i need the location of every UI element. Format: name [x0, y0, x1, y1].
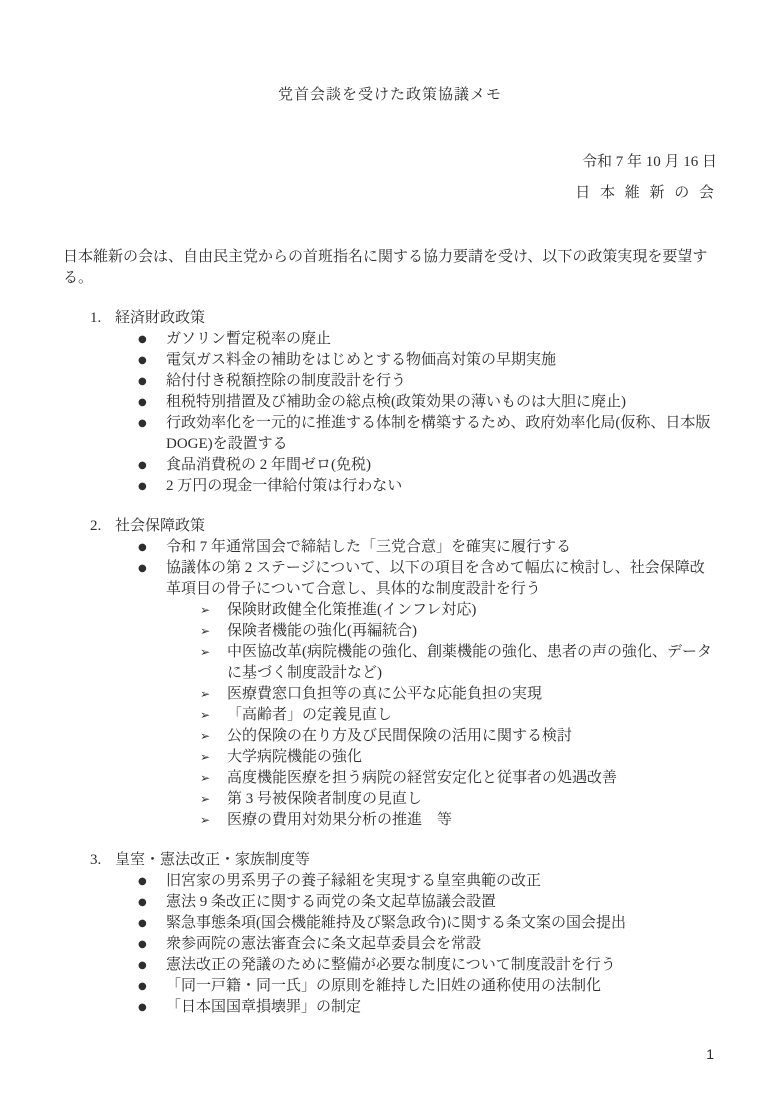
intro-paragraph: 日本維新の会は、自由民主党からの首班指名に関する協力要請を受け、以下の政策実現を…	[63, 247, 717, 289]
arrow-bullet-icon: ➢	[200, 642, 227, 684]
item-text: 2 万円の現金一律給付策は行わない	[166, 476, 717, 497]
item-text: 租税特別措置及び補助金の総点検(政策効果の薄いものは大胆に廃止)	[166, 392, 717, 413]
item-text: 憲法改正の発議のために整備が必要な制度について制度設計を行う	[166, 955, 717, 976]
bullet-icon: ●	[138, 455, 166, 476]
item-text: 行政効率化を一元的に推進する体制を構築するため、政府効率化局(仮称、日本版 DO…	[166, 413, 717, 455]
section-heading: 3. 皇室・憲法改正・家族制度等	[90, 850, 717, 871]
bullet-icon: ●	[138, 350, 166, 371]
document-content: 党首会談を受けた政策協議メモ 令和 7 年 10 月 16 日 日 本 維 新 …	[0, 0, 780, 1018]
list-item: ● 憲法改正の発議のために整備が必要な制度について制度設計を行う	[138, 955, 717, 976]
item-text: 保険者機能の強化(再編統合)	[227, 621, 717, 642]
list-item: ● 「日本国国章損壊罪」の制定	[138, 997, 717, 1018]
sub-list-item: ➢ 高度機能医療を担う病院の経営安定化と従事者の処遇改善	[200, 768, 717, 789]
sub-list-item: ➢ 中医協改革(病院機能の強化、創薬機能の強化、患者の声の強化、データに基づく制…	[200, 642, 717, 684]
item-text: 協議体の第 2 ステージについて、以下の項目を含めて幅広に検討し、社会保障改革項…	[166, 558, 717, 600]
list-item: ● 衆参両院の憲法審査会に条文起草委員会を常設	[138, 934, 717, 955]
item-text: 医療費窓口負担等の真に公平な応能負担の実現	[227, 684, 717, 705]
item-text: 給付付き税額控除の制度設計を行う	[166, 371, 717, 392]
bullet-icon: ●	[138, 371, 166, 392]
list-item: ● 協議体の第 2 ステージについて、以下の項目を含めて幅広に検討し、社会保障改…	[138, 558, 717, 600]
section-title: 経済財政政策	[115, 308, 205, 329]
item-text: ガソリン暫定税率の廃止	[166, 329, 717, 350]
item-text: 「同一戸籍・同一氏」の原則を維持した旧姓の通称使用の法制化	[166, 976, 717, 997]
bullet-icon: ●	[138, 892, 166, 913]
bullet-icon: ●	[138, 913, 166, 934]
document-author: 日 本 維 新 の 会	[63, 182, 717, 204]
section-social-security-policy: 2. 社会保障政策 ● 令和 7 年通常国会で締結した「三党合意」を確実に履行す…	[63, 516, 717, 831]
item-text: 「日本国国章損壊罪」の制定	[166, 997, 717, 1018]
bullet-icon: ●	[138, 558, 166, 600]
item-text: 旧宮家の男系男子の養子縁組を実現する皇室典範の改正	[166, 871, 717, 892]
arrow-bullet-icon: ➢	[200, 621, 227, 642]
item-text: 緊急事態条項(国会機能維持及び緊急政令)に関する条文案の国会提出	[166, 913, 717, 934]
sub-list-item: ➢ 保険財政健全化策推進(インフレ対応)	[200, 600, 717, 621]
sub-list-item: ➢ 医療費窓口負担等の真に公平な応能負担の実現	[200, 684, 717, 705]
section-number: 1.	[90, 308, 115, 329]
list-item: ● 行政効率化を一元的に推進する体制を構築するため、政府効率化局(仮称、日本版 …	[138, 413, 717, 455]
item-text: 大学病院機能の強化	[227, 747, 717, 768]
item-text: 令和 7 年通常国会で締結した「三党合意」を確実に履行する	[166, 537, 717, 558]
page-number: 1	[706, 1044, 714, 1065]
list-item: ● 給付付き税額控除の制度設計を行う	[138, 371, 717, 392]
sub-list-item: ➢ 保険者機能の強化(再編統合)	[200, 621, 717, 642]
section-title: 社会保障政策	[115, 516, 205, 537]
page-title: 党首会談を受けた政策協議メモ	[63, 84, 717, 106]
bullet-icon: ●	[138, 934, 166, 955]
list-item: ● 食品消費税の 2 年間ゼロ(免税)	[138, 455, 717, 476]
list-item: ● 旧宮家の男系男子の養子縁組を実現する皇室典範の改正	[138, 871, 717, 892]
document-date: 令和 7 年 10 月 16 日	[63, 151, 717, 173]
sub-list-item: ➢ 医療の費用対効果分析の推進 等	[200, 810, 717, 831]
arrow-bullet-icon: ➢	[200, 684, 227, 705]
list-item: ● 令和 7 年通常国会で締結した「三党合意」を確実に履行する	[138, 537, 717, 558]
list-item: ● ガソリン暫定税率の廃止	[138, 329, 717, 350]
arrow-bullet-icon: ➢	[200, 747, 227, 768]
list-item: ● 2 万円の現金一律給付策は行わない	[138, 476, 717, 497]
item-text: 中医協改革(病院機能の強化、創薬機能の強化、患者の声の強化、データに基づく制度設…	[227, 642, 717, 684]
sub-list-item: ➢ 公的保険の在り方及び民間保険の活用に関する検討	[200, 726, 717, 747]
list-item: ● 電気ガス料金の補助をはじめとする物価高対策の早期実施	[138, 350, 717, 371]
item-text: 高度機能医療を担う病院の経営安定化と従事者の処遇改善	[227, 768, 717, 789]
list-item: ● 「同一戸籍・同一氏」の原則を維持した旧姓の通称使用の法制化	[138, 976, 717, 997]
sub-list-item: ➢ 「高齢者」の定義見直し	[200, 705, 717, 726]
section-imperial-constitution-family: 3. 皇室・憲法改正・家族制度等 ● 旧宮家の男系男子の養子縁組を実現する皇室典…	[63, 850, 717, 1018]
arrow-bullet-icon: ➢	[200, 705, 227, 726]
bullet-icon: ●	[138, 476, 166, 497]
bullet-icon: ●	[138, 537, 166, 558]
document-page: 党首会談を受けた政策協議メモ 令和 7 年 10 月 16 日 日 本 維 新 …	[0, 0, 780, 1114]
item-text: 憲法 9 条改正に関する両党の条文起草協議会設置	[166, 892, 717, 913]
section-number: 2.	[90, 516, 115, 537]
item-text: 電気ガス料金の補助をはじめとする物価高対策の早期実施	[166, 350, 717, 371]
item-text: 第 3 号被保険者制度の見直し	[227, 789, 717, 810]
arrow-bullet-icon: ➢	[200, 768, 227, 789]
sub-list-item: ➢ 大学病院機能の強化	[200, 747, 717, 768]
bullet-icon: ●	[138, 997, 166, 1018]
bullet-icon: ●	[138, 955, 166, 976]
item-text: 医療の費用対効果分析の推進 等	[227, 810, 717, 831]
item-text: 保険財政健全化策推進(インフレ対応)	[227, 600, 717, 621]
arrow-bullet-icon: ➢	[200, 726, 227, 747]
item-text: 衆参両院の憲法審査会に条文起草委員会を常設	[166, 934, 717, 955]
bullet-icon: ●	[138, 976, 166, 997]
item-text: 食品消費税の 2 年間ゼロ(免税)	[166, 455, 717, 476]
section-number: 3.	[90, 850, 115, 871]
bullet-icon: ●	[138, 413, 166, 455]
bullet-icon: ●	[138, 329, 166, 350]
section-economic-fiscal-policy: 1. 経済財政政策 ● ガソリン暫定税率の廃止 ● 電気ガス料金の補助をはじめと…	[63, 308, 717, 497]
arrow-bullet-icon: ➢	[200, 600, 227, 621]
list-item: ● 租税特別措置及び補助金の総点検(政策効果の薄いものは大胆に廃止)	[138, 392, 717, 413]
section-title: 皇室・憲法改正・家族制度等	[115, 850, 310, 871]
item-text: 公的保険の在り方及び民間保険の活用に関する検討	[227, 726, 717, 747]
item-text: 「高齢者」の定義見直し	[227, 705, 717, 726]
arrow-bullet-icon: ➢	[200, 810, 227, 831]
arrow-bullet-icon: ➢	[200, 789, 227, 810]
list-item: ● 憲法 9 条改正に関する両党の条文起草協議会設置	[138, 892, 717, 913]
sub-list-item: ➢ 第 3 号被保険者制度の見直し	[200, 789, 717, 810]
section-heading: 1. 経済財政政策	[90, 308, 717, 329]
bullet-icon: ●	[138, 871, 166, 892]
list-item: ● 緊急事態条項(国会機能維持及び緊急政令)に関する条文案の国会提出	[138, 913, 717, 934]
section-heading: 2. 社会保障政策	[90, 516, 717, 537]
bullet-icon: ●	[138, 392, 166, 413]
